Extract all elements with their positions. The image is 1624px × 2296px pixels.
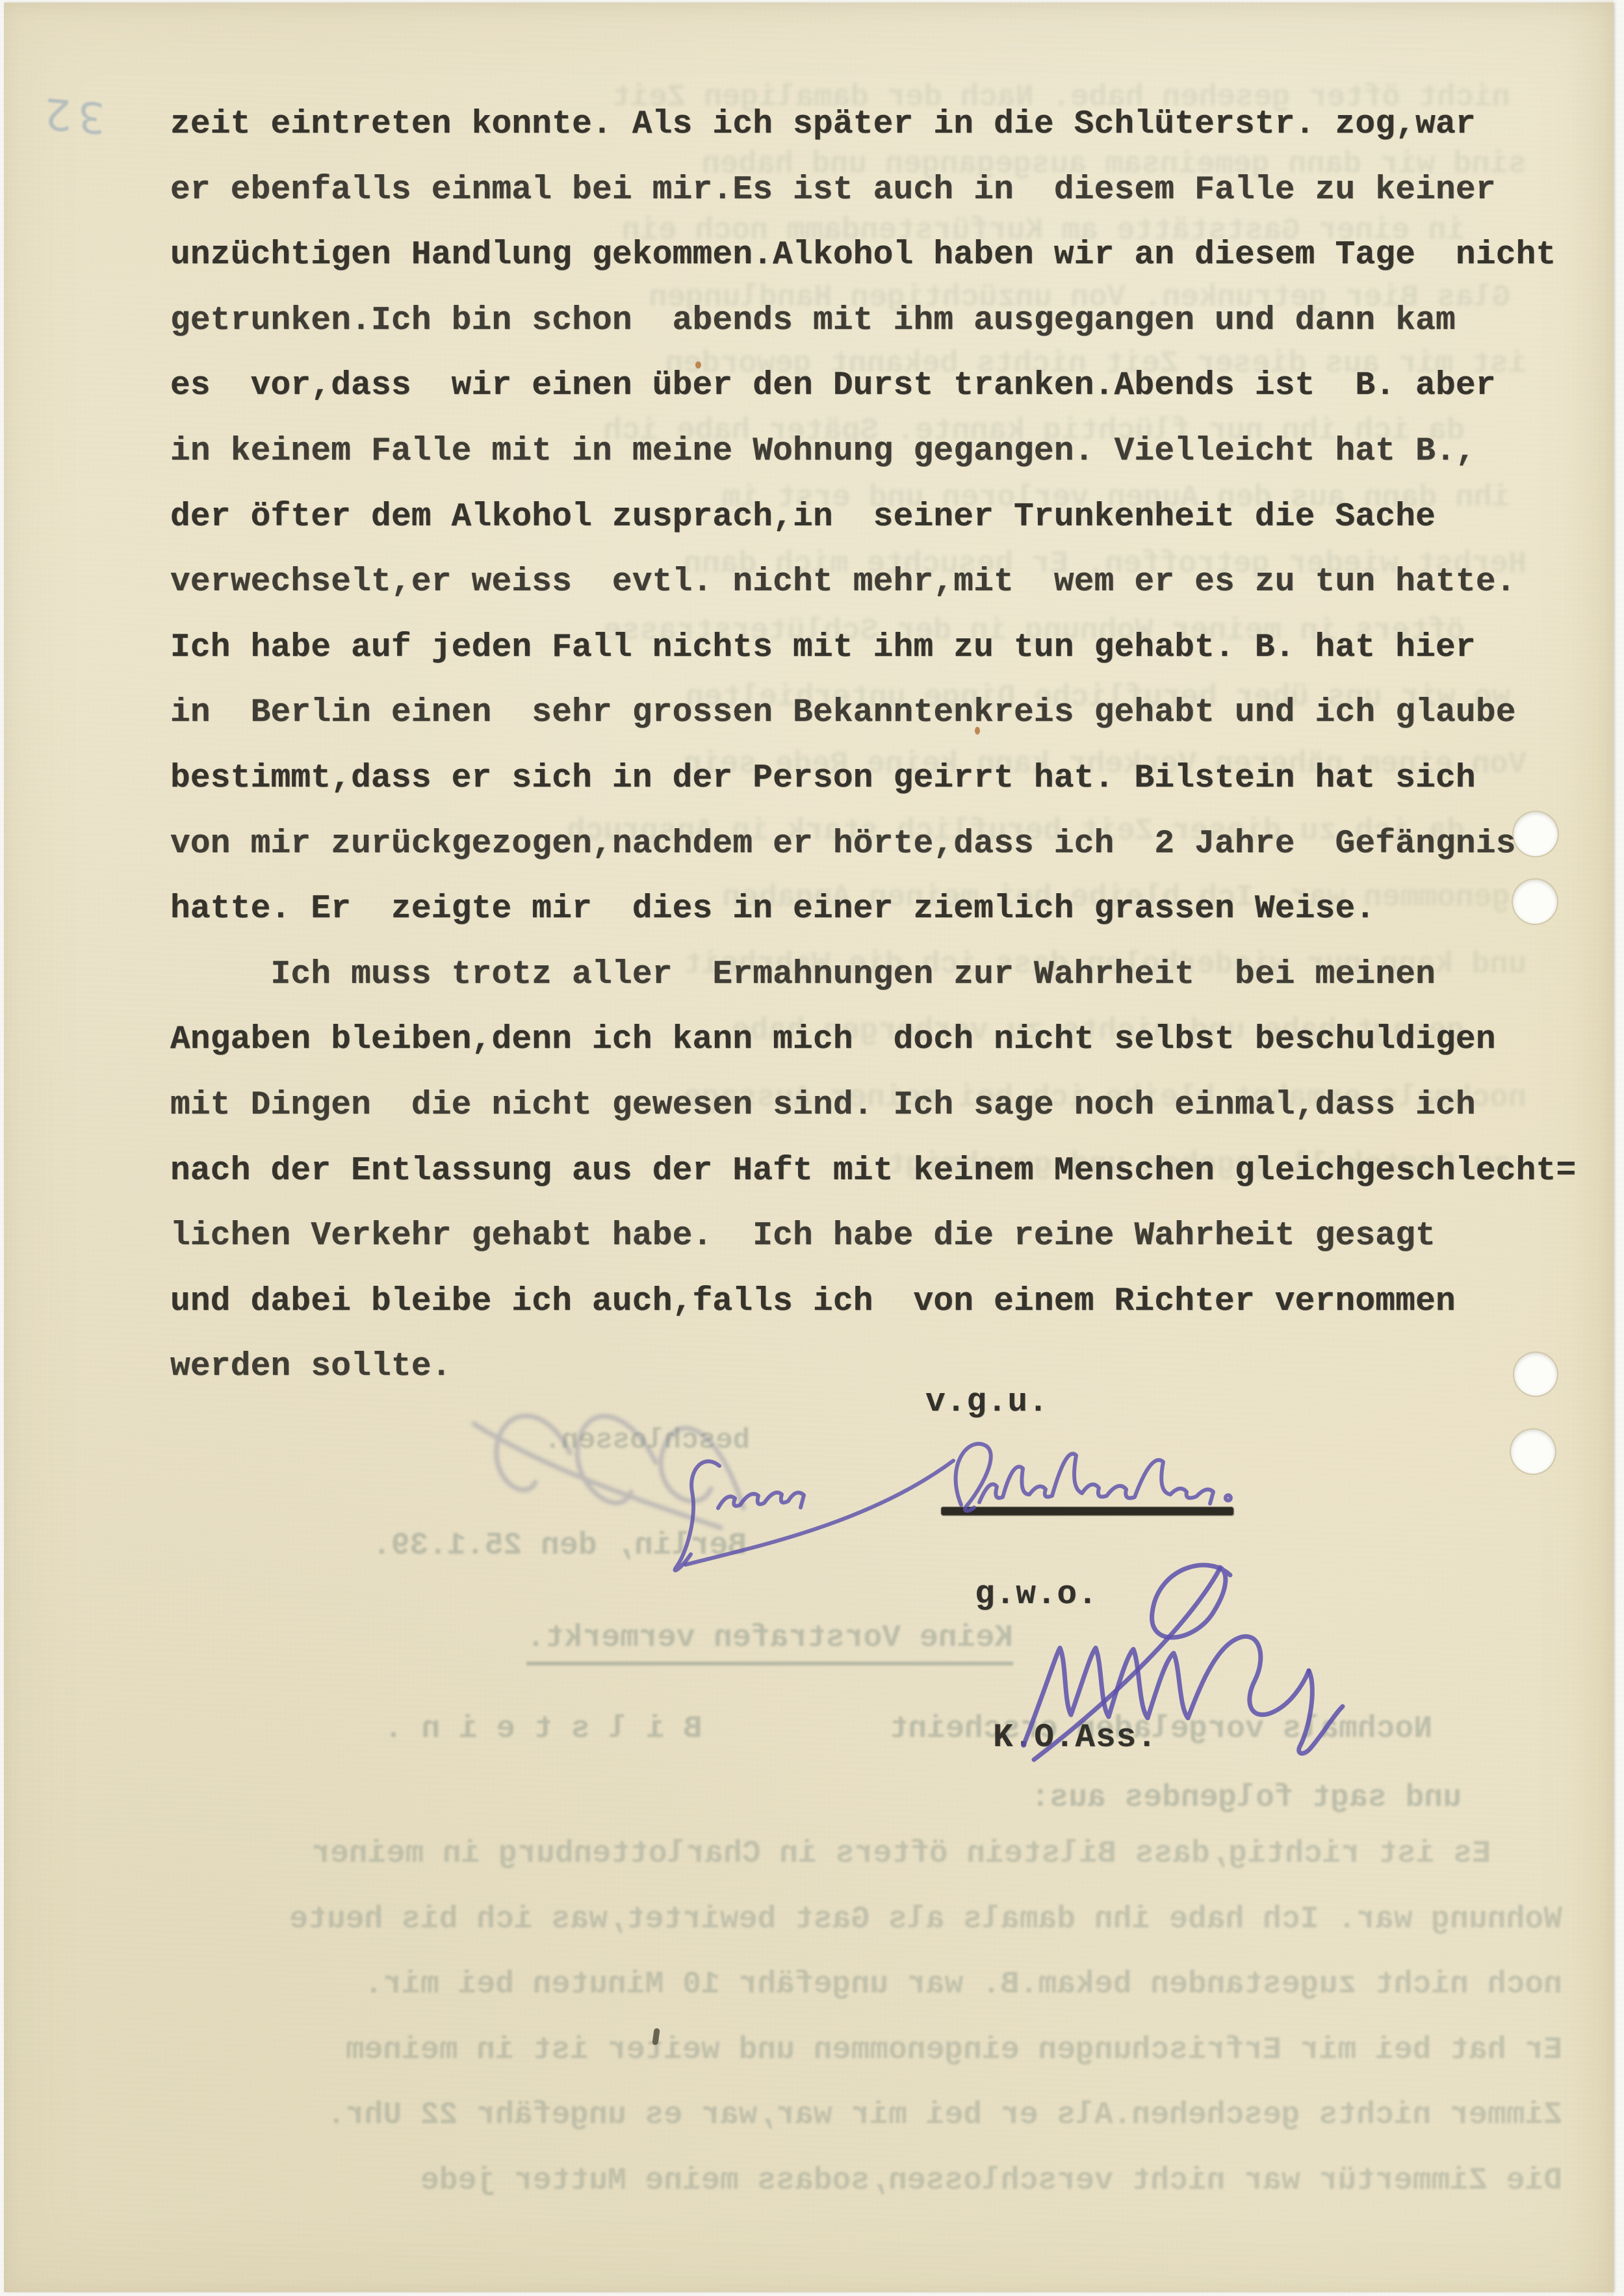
typed-line: hatte. Er zeigte mir dies in einer zieml… <box>170 877 1587 943</box>
vgu-label: v.g.u. <box>925 1383 1049 1422</box>
punch-hole <box>1514 1353 1557 1396</box>
typed-line: er ebenfalls einmal bei mir.Es ist auch … <box>170 158 1587 224</box>
typed-line: von mir zurückgezogen,nachdem er hörte,d… <box>170 812 1587 878</box>
punch-hole <box>1513 880 1557 924</box>
typed-line: werden sollte. <box>170 1335 1587 1400</box>
typed-line: in keinem Falle mit in meine Wohnung geg… <box>170 419 1587 485</box>
scanned-page: nicht öfter gesehen habe. Nach der damal… <box>0 0 1624 2296</box>
punch-hole <box>1514 812 1558 856</box>
typed-line: es vor,dass wir einen über den Durst tra… <box>170 354 1587 419</box>
official-signature <box>926 1550 1368 1765</box>
typed-text-block: zeit eintreten konnte. Als ich später in… <box>170 92 1587 1400</box>
typed-line: und dabei bleibe ich auch,falls ich von … <box>170 1270 1587 1335</box>
typed-line: Ich habe auf jeden Fall nichts mit ihm z… <box>170 616 1587 681</box>
typed-line: getrunken.Ich bin schon abends mit ihm a… <box>170 289 1587 354</box>
ink-speck <box>975 727 980 735</box>
typed-line: Angaben bleiben,denn ich kann mich doch … <box>170 1008 1587 1073</box>
page-number: 32 <box>38 89 106 140</box>
typed-line: in Berlin einen sehr grossen Bekanntenkr… <box>170 681 1587 746</box>
typed-line: bestimmt,dass er sich in der Person geir… <box>170 746 1587 812</box>
typed-line: mit Dingen die nicht gewesen sind. Ich s… <box>170 1073 1587 1139</box>
punch-hole <box>1511 1429 1555 1474</box>
typed-line: nach der Entlassung aus der Haft mit kei… <box>170 1139 1587 1205</box>
typed-line: verwechselt,er weiss evtl. nicht mehr,mi… <box>170 550 1587 616</box>
typed-line: Ich muss trotz aller Ermahnungen zur Wah… <box>170 943 1587 1008</box>
typed-line: lichen Verkehr gehabt habe. Ich habe die… <box>170 1204 1587 1270</box>
typed-line: unzüchtigen Handlung gekommen.Alkohol ha… <box>170 223 1587 289</box>
ink-speck <box>695 361 701 369</box>
typed-line: der öfter dem Alkohol zusprach,in seiner… <box>170 485 1587 551</box>
typed-line: zeit eintreten konnte. Als ich später in… <box>170 92 1587 158</box>
